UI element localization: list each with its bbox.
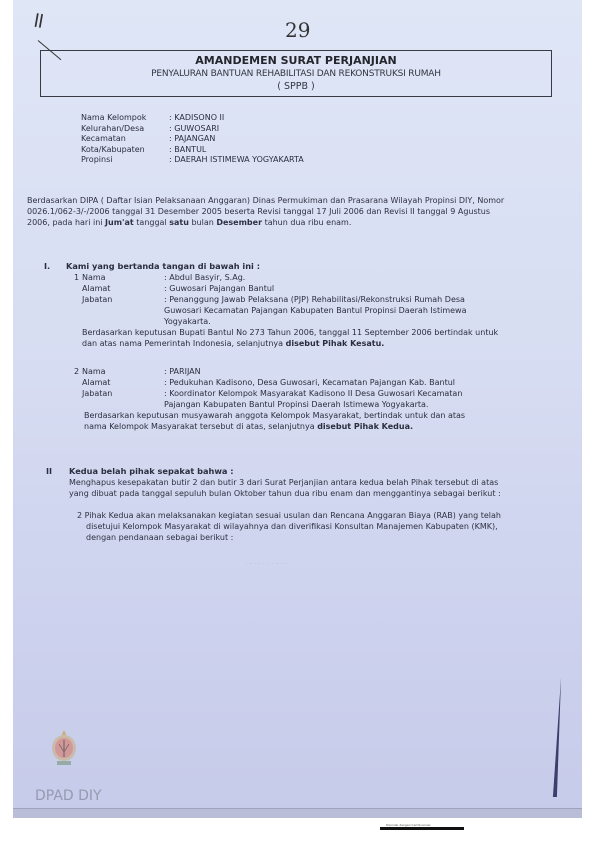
- scanner-footer-bar: [380, 827, 464, 830]
- section-2-item: 2 Pihak Kedua akan melaksanakan kegiatan…: [77, 510, 506, 543]
- party-row: 1Nama: Abdul Basyir, S.Ag.: [74, 272, 494, 283]
- bleed-through-text: · · · · · · · · · ·: [245, 560, 287, 568]
- party-1-declaration: Berdasarkan keputusan Bupati Bantul No 2…: [82, 327, 502, 349]
- document-code: ( SPPB ): [41, 81, 551, 92]
- section-1-number: I.: [44, 261, 50, 272]
- handwritten-page-number: 29: [285, 18, 310, 42]
- party-2: 2Nama: PARIJAN Alamat: Pedukuhan Kadison…: [74, 366, 494, 410]
- party-row: Alamat: Pedukuhan Kadisono, Desa Guwosar…: [74, 377, 494, 388]
- identity-table: Nama Kelompok: KADISONO II Kelurahan/Des…: [81, 113, 304, 166]
- section-2-body: Menghapus kesepakatan butir 2 dan butir …: [69, 477, 509, 499]
- title-box: AMANDEMEN SURAT PERJANJIAN PENYALURAN BA…: [40, 50, 552, 97]
- watermark-text: DPAD DIY: [35, 788, 102, 804]
- section-2-number: II: [46, 466, 52, 477]
- identity-row: Propinsi: DAERAH ISTIMEWA YOGYAKARTA: [81, 155, 304, 166]
- party-row: 2Nama: PARIJAN: [74, 366, 494, 377]
- party-row: Alamat: Guwosari Pajangan Bantul: [74, 283, 494, 294]
- section-2-heading: Kedua belah pihak sepakat bahwa :: [69, 466, 234, 477]
- identity-row: Kota/Kabupaten: BANTUL: [81, 145, 304, 156]
- identity-row: Nama Kelompok: KADISONO II: [81, 113, 304, 124]
- document-subtitle: PENYALURAN BANTUAN REHABILITASI DAN REKO…: [41, 69, 551, 79]
- party-1: 1Nama: Abdul Basyir, S.Ag. Alamat: Guwos…: [74, 272, 494, 327]
- party-2-declaration: Berdasarkan keputusan musyawarah anggota…: [84, 410, 484, 432]
- dpad-emblem-icon: [50, 730, 78, 770]
- intro-paragraph: Berdasarkan DIPA ( Daftar Isian Pelaksan…: [27, 195, 507, 228]
- document-title: AMANDEMEN SURAT PERJANJIAN: [41, 54, 551, 67]
- identity-row: Kelurahan/Desa: GUWOSARI: [81, 124, 304, 135]
- section-1-heading: Kami yang bertanda tangan di bawah ini :: [66, 261, 260, 272]
- page-bottom-edge: [13, 808, 582, 818]
- party-row: Jabatan: Penanggung Jawab Pelaksana (PJP…: [74, 294, 494, 327]
- party-row: Jabatan: Koordinator Kelompok Masyarakat…: [74, 388, 494, 410]
- identity-row: Kecamatan: PAJANGAN: [81, 134, 304, 145]
- scanner-footer-text: Dipindai dengan CamScanner: [386, 823, 431, 827]
